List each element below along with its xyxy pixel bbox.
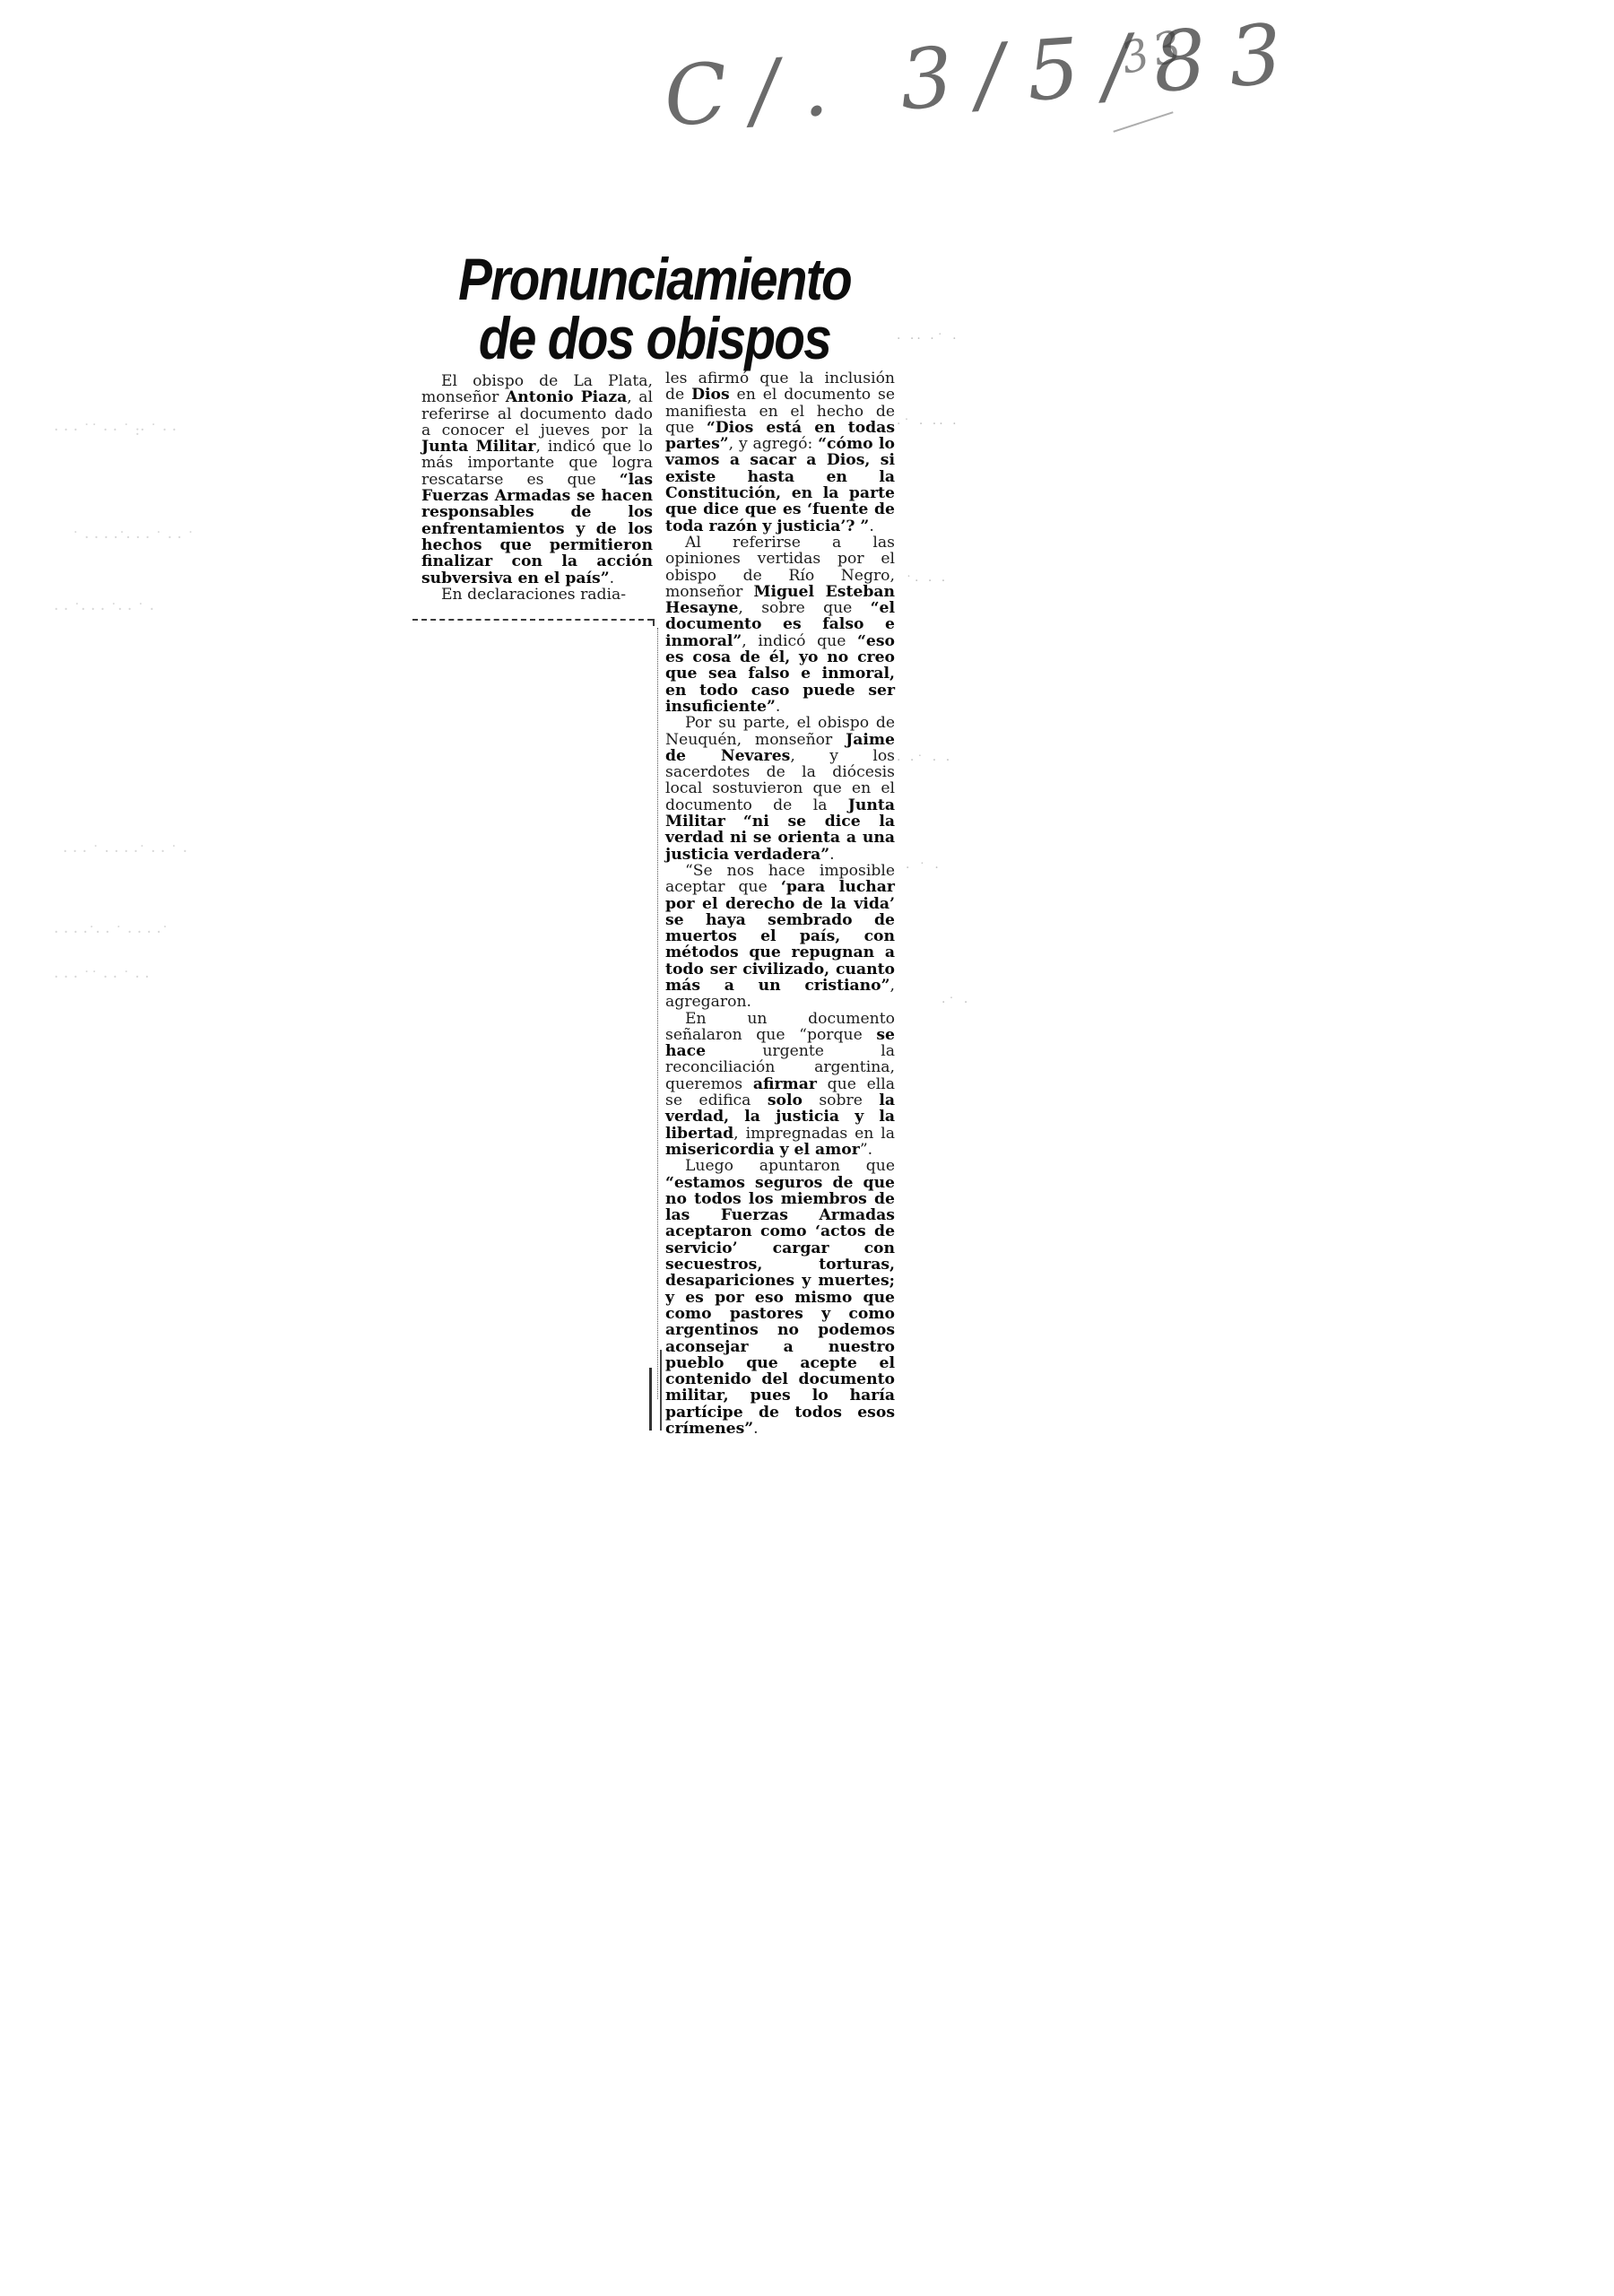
text: ”. (860, 1141, 872, 1159)
bold-text: “estamos seguros de que no todos los mie… (665, 1174, 895, 1438)
article-paragraph: El obispo de La Plata, monseñor Antonio … (421, 373, 653, 587)
bleed-through-noise: · ˙ · ·˙ · · ·˙ · · (54, 601, 154, 619)
text: , sobre que (738, 599, 870, 617)
text: , indicó que (742, 632, 857, 650)
article-column-left: El obispo de La Plata, monseñor Antonio … (421, 373, 653, 603)
headline-line-1: Pronunciamiento (447, 249, 863, 309)
bold-text: ‘para luchar por el derecho de la vida’ … (665, 878, 895, 995)
clipping-edge-mark (660, 1350, 662, 1431)
clipping-edge-mark (649, 1368, 652, 1431)
bold-text: Antonio Piaza (506, 388, 627, 406)
headline-line-2: de dos obispos (447, 309, 863, 368)
bleed-through-noise: · ·· ·˙ · (897, 332, 959, 346)
bleed-through-noise: ·˙ · ·· · (897, 417, 959, 431)
text: . (776, 698, 780, 716)
text: . (869, 517, 873, 535)
article-paragraph: “Se nos hace imposible aceptar que ‘para… (665, 863, 895, 1011)
article-headline: Pronunciamiento de dos obispos (447, 242, 863, 368)
bold-text: Dios (691, 386, 730, 404)
bleed-through-noise: ˙· · · · ˙ · ·˙· · · · (54, 924, 169, 942)
text: En declaraciones radia- (441, 586, 626, 604)
handwritten-date: C/. 3/5/83 (661, 4, 1308, 145)
text: En un documento señalaron que “porque (665, 1010, 895, 1044)
text: . (829, 846, 834, 864)
article-column-right: les afirmó que la inclusión de Dios en e… (665, 370, 895, 1437)
text: Luego apuntaron que (685, 1157, 895, 1175)
article-paragraph: Luego apuntaron que “estamos seguros de … (665, 1158, 895, 1437)
bleed-through-noise: · ·˙ · · (897, 753, 952, 768)
text: , y agregó: (729, 435, 819, 453)
bleed-through-noise: · · ˙ · · ˙˙ · · · (54, 969, 150, 987)
text: , impregnadas en la (733, 1125, 895, 1143)
text: sobre (803, 1091, 879, 1109)
bleed-through-noise: · ˙ · · ˙· · · · ˙ · · · (63, 843, 187, 861)
bleed-through-noise: · · ˙ ·: ˙ · · ˙˙ · · · (54, 422, 177, 439)
bleed-through-noise: ˙ · · ˙ · · ·˙· · · · ˙ (72, 529, 195, 547)
article-paragraph: En un documento señalaron que “porque se… (665, 1011, 895, 1159)
rule-end-tick (653, 619, 655, 626)
bold-text: afirmar (753, 1075, 817, 1093)
column-vertical-rule (657, 628, 658, 1399)
column-divider-dashed-rule (412, 619, 653, 621)
article-paragraph: Al referirse a las opiniones vertidas po… (665, 535, 895, 715)
article-paragraph: En declaraciones radia- (421, 587, 653, 603)
text (725, 813, 743, 831)
article-paragraph: les afirmó que la inclusión de Dios en e… (665, 370, 895, 535)
newspaper-clipping: Pronunciamiento de dos obispos (412, 242, 897, 368)
bleed-through-noise: ·˙ · (941, 996, 970, 1010)
text: . (753, 1420, 758, 1438)
bold-text: “las Fuerzas Armadas se hacen responsabl… (421, 471, 653, 587)
bleed-through-noise: · ˙ · (906, 861, 941, 875)
bleed-through-noise: ˙· · · (906, 574, 948, 588)
bold-text: Junta Militar (421, 438, 535, 456)
handwritten-stroke (1113, 111, 1173, 133)
bold-text: misericordia y el amor (665, 1141, 860, 1159)
article-paragraph: Por su parte, el obispo de Neuquén, mons… (665, 715, 895, 863)
scanned-page: C/. 3/5/83 33 · · ˙ ·: ˙ · · ˙˙ · · · ˙ … (0, 0, 1614, 2296)
text: . (610, 570, 614, 587)
bold-text: solo (768, 1091, 803, 1109)
